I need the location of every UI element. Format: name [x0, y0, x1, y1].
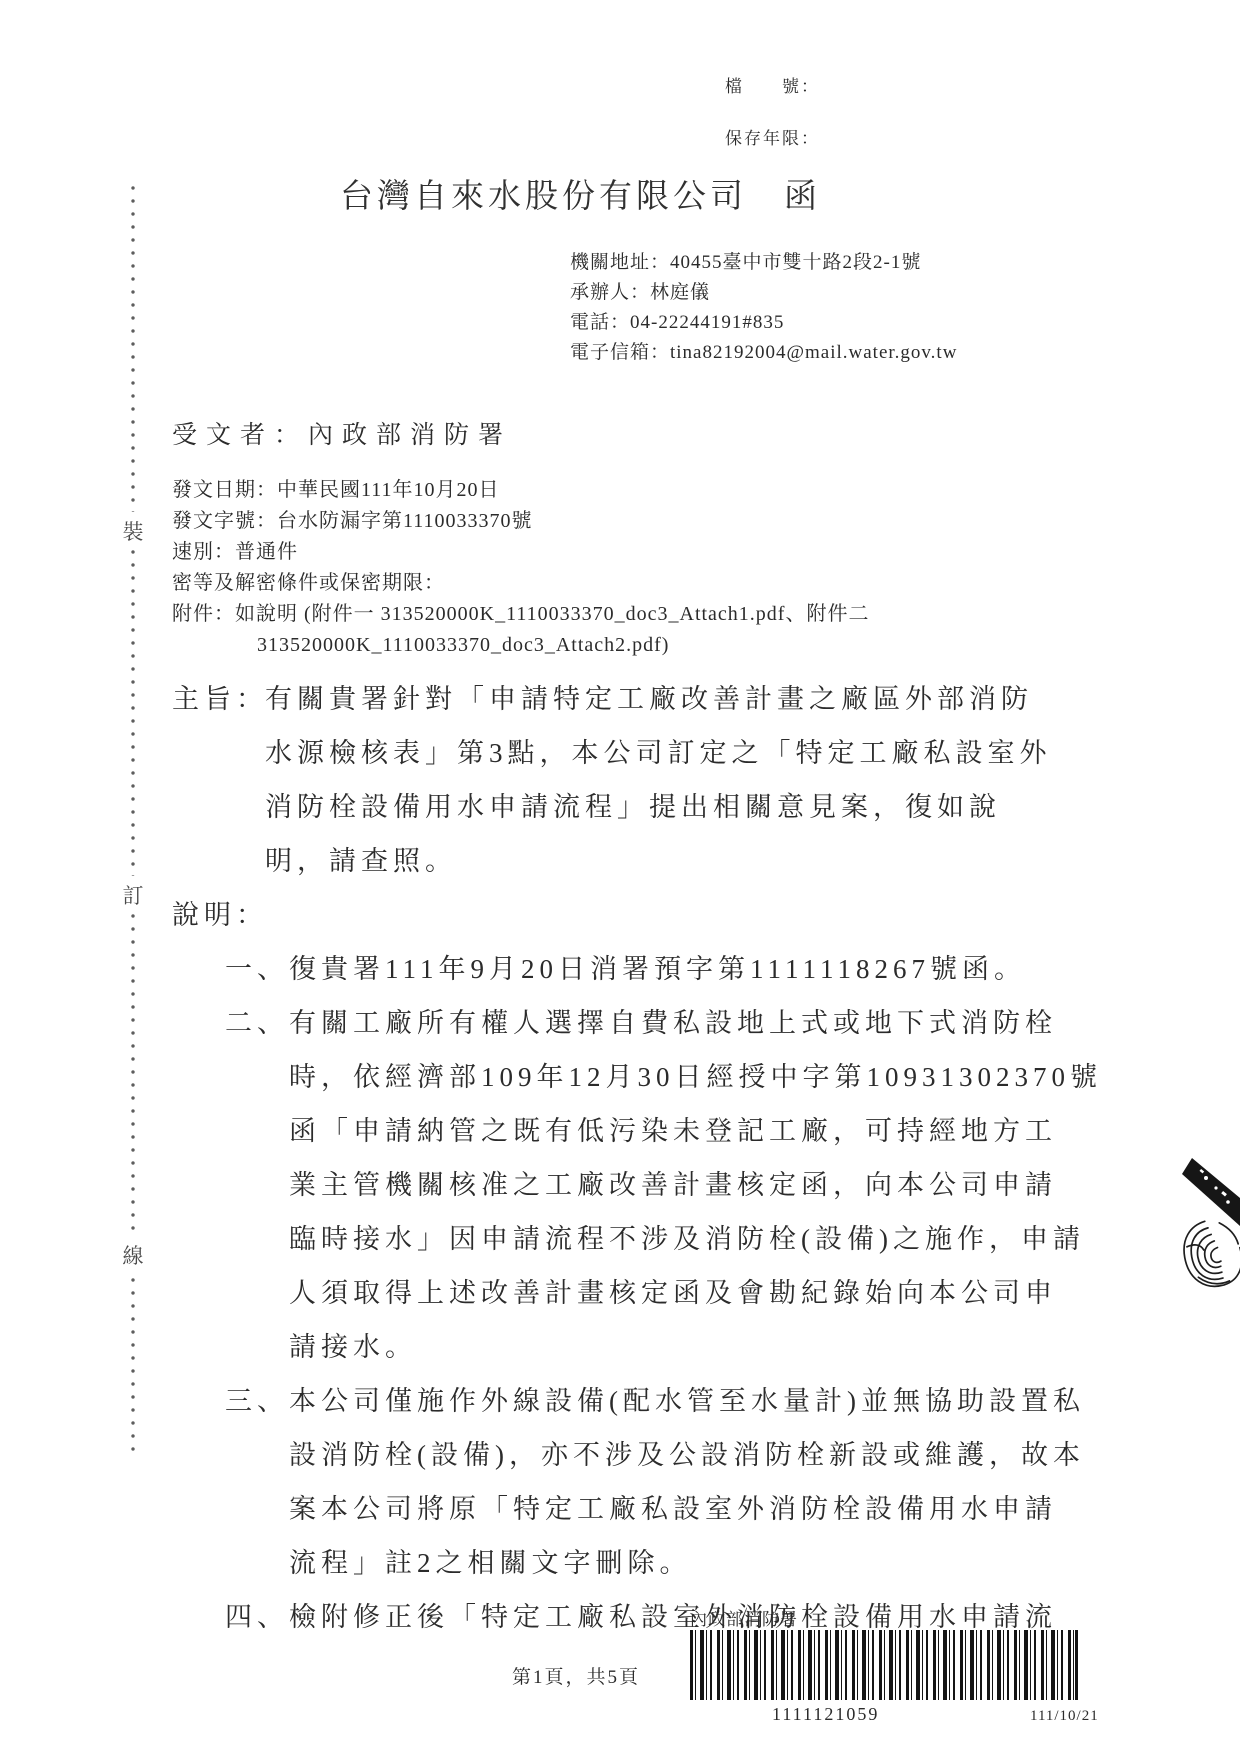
- sender-contact-person: 承辦人：林庭儀: [570, 278, 957, 308]
- letter-body: 主旨： 有關貴署針對「申請特定工廠改善計畫之廠區外部消防 水源檢核表」第3點，本…: [172, 672, 1162, 1644]
- explanation-item-1: 一、 復貴署111年9月20日消署預字第1111118267號函。: [225, 942, 1162, 996]
- sender-email: 電子信箱：tina82192004@mail.water.gov.tw: [570, 338, 957, 368]
- item-line: 時，依經濟部109年12月30日經授中字第10931302370號: [289, 1050, 1162, 1104]
- receiving-agency-label: 內政部消防署: [690, 1605, 798, 1630]
- item-line: 請接水。: [289, 1320, 1162, 1374]
- binding-mark-xian: 線: [117, 1236, 149, 1274]
- item-line: 人須取得上述改善計畫核定函及會勘紀錄始向本公司申: [289, 1266, 1162, 1320]
- item-line: 本公司僅施作外線設備(配水管至水量計)並無協助設置私: [289, 1374, 1162, 1428]
- item-line: 復貴署111年9月20日消署預字第1111118267號函。: [289, 942, 1162, 996]
- explanation-heading: 說明：: [172, 888, 1162, 942]
- item-line: 有關工廠所有權人選擇自費私設地上式或地下式消防栓: [289, 996, 1162, 1050]
- attachment-line-2: 313520000K_1110033370_doc3_Attach2.pdf): [257, 630, 869, 661]
- speed-class-line: 速別：普通件: [172, 537, 869, 568]
- item-line: 案本公司將原「特定工廠私設室外消防栓設備用水申請: [289, 1482, 1162, 1536]
- item-number: 四、: [225, 1590, 289, 1644]
- attachment-line-1: 附件：如說明 (附件一 313520000K_1110033370_doc3_A…: [172, 599, 869, 630]
- page-number: 第1頁，共5頁: [512, 1662, 640, 1689]
- subject-line: 明，請查照。: [265, 834, 1162, 888]
- sender-contact-block: 機關地址：40455臺中市雙十路2段2-1號 承辦人：林庭儀 電話：04-222…: [570, 248, 957, 368]
- item-number: 二、: [225, 996, 289, 1050]
- ink-smudge-stamp-icon: [1178, 1156, 1240, 1324]
- item-line: 函「申請納管之既有低污染未登記工廠，可持經地方工: [289, 1104, 1162, 1158]
- subject-line: 消防栓設備用水申請流程」提出相關意見案，復如說: [265, 780, 1162, 834]
- subject-line: 水源檢核表」第3點，本公司訂定之「特定工廠私設室外: [265, 726, 1162, 780]
- explanation-item-3: 三、 本公司僅施作外線設備(配水管至水量計)並無協助設置私 設消防栓(設備)，亦…: [225, 1374, 1162, 1590]
- document-meta-block: 發文日期：中華民國111年10月20日 發文字號：台水防漏字第111003337…: [172, 475, 869, 661]
- retention-period-label: 保存年限：: [725, 128, 820, 150]
- subject-label: 主旨：: [172, 672, 268, 726]
- recipient-line: 受文者：內政部消防署: [172, 415, 512, 451]
- explanation-item-2: 二、 有關工廠所有權人選擇自費私設地上式或地下式消防栓 時，依經濟部109年12…: [225, 996, 1162, 1374]
- issue-date-line: 發文日期：中華民國111年10月20日: [172, 475, 869, 506]
- sender-phone: 電話：04-22244191#835: [570, 308, 957, 338]
- document-title: 台灣自來水股份有限公司 函: [340, 170, 821, 217]
- barcode-number: 1111121059: [772, 1704, 879, 1725]
- barcode: [690, 1630, 1078, 1700]
- subject-block: 主旨： 有關貴署針對「申請特定工廠改善計畫之廠區外部消防 水源檢核表」第3點，本…: [172, 672, 1162, 888]
- scanned-official-letter-page: 檔 號： 保存年限： 台灣自來水股份有限公司 函 機關地址：40455臺中市雙十…: [0, 0, 1240, 1755]
- sender-address: 機關地址：40455臺中市雙十路2段2-1號: [570, 248, 957, 278]
- file-number-label: 檔 號：: [725, 76, 820, 98]
- item-line: 臨時接水」因申請流程不涉及消防栓(設備)之施作，申請: [289, 1212, 1162, 1266]
- doc-number-line: 發文字號：台水防漏字第1110033370號: [172, 506, 869, 537]
- item-number: 三、: [225, 1374, 289, 1428]
- binding-mark-zhuang: 裝: [117, 512, 149, 550]
- item-number: 一、: [225, 942, 289, 996]
- item-line: 流程」註2之相關文字刪除。: [289, 1536, 1162, 1590]
- barcode-date: 111/10/21: [1030, 1708, 1099, 1725]
- file-label-block: 檔 號： 保存年限：: [725, 76, 820, 150]
- subject-line: 有關貴署針對「申請特定工廠改善計畫之廠區外部消防: [265, 672, 1162, 726]
- security-class-line: 密等及解密條件或保密期限：: [172, 568, 869, 599]
- binding-mark-ding: 訂: [117, 876, 149, 914]
- item-line: 設消防栓(設備)，亦不涉及公設消防栓新設或維護，故本: [289, 1428, 1162, 1482]
- item-line: 業主管機關核准之工廠改善計畫核定函，向本公司申請: [289, 1158, 1162, 1212]
